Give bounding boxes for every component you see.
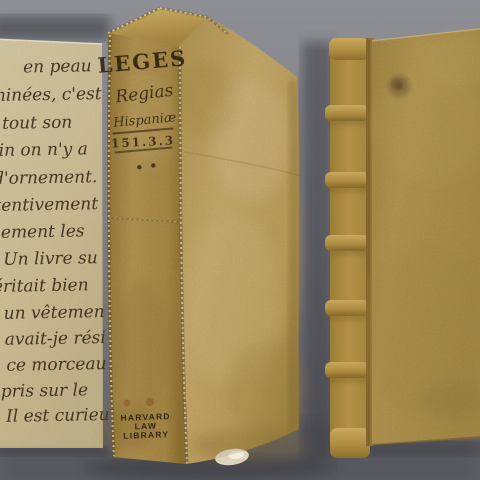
manuscript-line: d'ornement.	[0, 167, 98, 189]
spine-book: LEGES Regias Hispaniæ 151.3.3 HARVARD LA…	[96, 8, 310, 467]
manuscript-line: ttentivement	[0, 194, 98, 216]
manuscript-line: i avait-je rési	[0, 328, 106, 350]
manuscript-line: tout son	[2, 113, 73, 134]
manuscript-line: ein on n'y a	[0, 139, 88, 161]
manuscript-line: pris sur le	[1, 380, 89, 402]
shadow-above-page	[0, 16, 110, 40]
raised-band	[325, 235, 369, 251]
right-book	[325, 29, 480, 458]
raised-band	[325, 172, 369, 188]
manuscript-line: éritait bien	[0, 275, 89, 297]
photo-scene: en peau minées, c'est tout son ein on n'…	[0, 0, 480, 480]
manuscript-line: . Il est curieu	[0, 405, 110, 427]
manuscript-line: minées, c'est	[0, 84, 102, 106]
manuscript-line: ce morceau	[6, 354, 106, 376]
manuscript-line: t un vêtemen	[0, 302, 105, 324]
spine-tailcap	[330, 428, 370, 458]
manuscript-line: ilement les	[0, 221, 85, 243]
raised-band	[325, 105, 369, 121]
spine-headcap	[329, 38, 369, 60]
manuscript-line: . Un livre su	[0, 248, 98, 270]
manuscript-line: en peau	[23, 56, 92, 77]
